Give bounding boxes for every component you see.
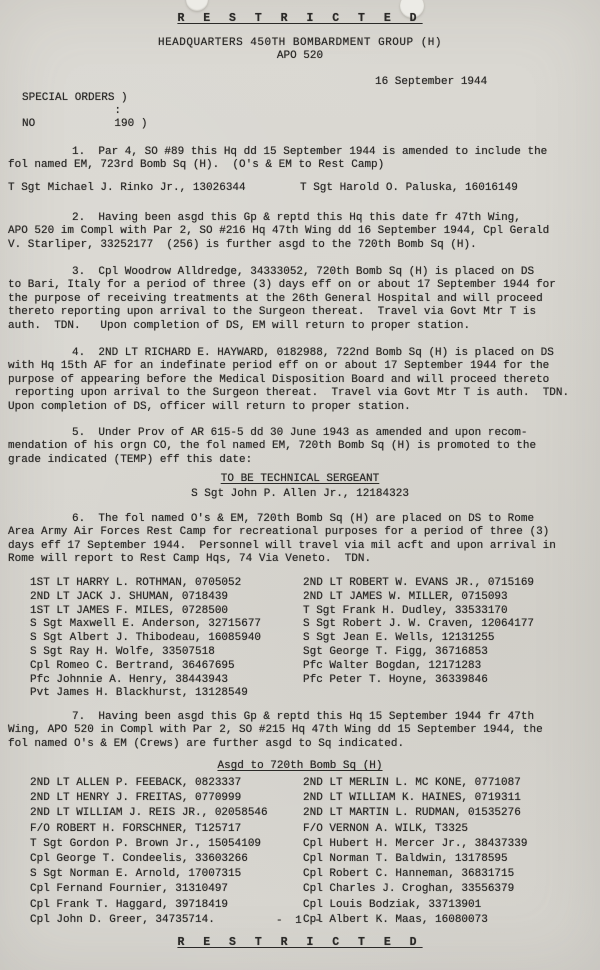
punch-hole [186, 0, 208, 11]
roster-name-left: 1ST LT HARRY L. ROTHMAN, 0705052 [0, 577, 303, 591]
roster-name-left: 2ND LT HENRY J. FREITAS, 0770999 [0, 791, 303, 806]
assignment-roster: 2ND LT ALLEN P. FEEBACK, 0823337 2ND LT … [0, 776, 600, 928]
roster-name-left: S Sgt Norman E. Arnold, 17007315 [0, 867, 303, 882]
roster-row: 2ND LT HENRY J. FREITAS, 0770999 2ND LT … [0, 791, 600, 806]
roster-name-left: S Sgt Maxwell E. Anderson, 32715677 [0, 618, 303, 632]
roster-row: 1ST LT HARRY L. ROTHMAN, 0705052 2ND LT … [0, 577, 600, 591]
roster-name-left: S Sgt Ray H. Wolfe, 33507518 [0, 646, 303, 660]
roster-row: Pfc Johnnie A. Henry, 38443943 Pfc Peter… [0, 674, 600, 688]
roster-name-right: S Sgt Robert J. W. Craven, 12064177 [303, 618, 534, 632]
roster-name-right: Cpl Robert C. Hanneman, 36831715 [303, 867, 514, 882]
roster-name-left: S Sgt Albert J. Thibodeau, 16085940 [0, 632, 303, 646]
roster-name-left: Cpl Fernand Fournier, 31310497 [0, 882, 303, 897]
roster-name-left: 2ND LT WILLIAM J. REIS JR., 02058546 [0, 806, 303, 821]
roster-name-right: 2ND LT WILLIAM K. HAINES, 0719311 [303, 791, 521, 806]
roster-row: Pvt James H. Blackhurst, 13128549 [0, 687, 600, 701]
roster-row: F/O ROBERT H. FORSCHNER, T125717 F/O VER… [0, 822, 600, 837]
paragraph-6: 6. The fol named O's & EM, 720th Bomb Sq… [8, 513, 594, 567]
roster-name-left: Pvt James H. Blackhurst, 13128549 [0, 687, 303, 701]
roster-name-right: Sgt George T. Figg, 36716853 [303, 646, 488, 660]
promoted-soldier: S Sgt John P. Allen Jr., 12184323 [0, 488, 600, 500]
paragraph-1-names: T Sgt Michael J. Rinko Jr., 13026344 T S… [0, 182, 600, 194]
roster-name-left: Cpl Romeo C. Bertrand, 36467695 [0, 660, 303, 674]
roster-name-left: 1ST LT JAMES F. MILES, 0728500 [0, 605, 303, 619]
named-em: T Sgt Michael J. Rinko Jr., 13026344 [0, 182, 300, 194]
roster-row: T Sgt Gordon P. Brown Jr., 15054109 Cpl … [0, 837, 600, 852]
roster-name-left: Pfc Johnnie A. Henry, 38443943 [0, 674, 303, 688]
roster-name-right: Cpl Norman T. Baldwin, 13178595 [303, 852, 508, 867]
page-number: - 1 - [0, 915, 600, 927]
roster-name-right: 2ND LT MARTIN L. RUDMAN, 01535276 [303, 806, 521, 821]
roster-row: Cpl Frank T. Haggard, 39718419 Cpl Louis… [0, 898, 600, 913]
roster-row: Cpl Romeo C. Bertrand, 36467695 Pfc Walt… [0, 660, 600, 674]
roster-name-right: F/O VERNON A. WILK, T3325 [303, 822, 468, 837]
special-orders-block: SPECIAL ORDERS ) : NO 190 ) [22, 92, 147, 130]
roster-name-right: Pfc Walter Bogdan, 12171283 [303, 660, 481, 674]
roster-name-left: T Sgt Gordon P. Brown Jr., 15054109 [0, 837, 303, 852]
headquarters-line: HEADQUARTERS 450TH BOMBARDMENT GROUP (H) [0, 37, 600, 49]
document-date: 16 September 1944 [375, 76, 487, 88]
roster-row: S Sgt Albert J. Thibodeau, 16085940 S Sg… [0, 632, 600, 646]
roster-name-left: Cpl George T. Condeelis, 33603266 [0, 852, 303, 867]
roster-row: S Sgt Norman E. Arnold, 17007315 Cpl Rob… [0, 867, 600, 882]
paragraph-5: 5. Under Prov of AR 615-5 dd 30 June 194… [8, 427, 594, 467]
paragraph-2: 2. Having been asgd this Gp & reptd this… [8, 212, 594, 252]
roster-name-left: F/O ROBERT H. FORSCHNER, T125717 [0, 822, 303, 837]
assignment-heading: Asgd to 720th Bomb Sq (H) [0, 760, 600, 772]
roster-name-right: Cpl Hubert H. Mercer Jr., 38437339 [303, 837, 527, 852]
roster-name-right: Cpl Louis Bodziak, 33713901 [303, 898, 481, 913]
roster-name-left: Cpl Frank T. Haggard, 39718419 [0, 898, 303, 913]
paragraph-1: 1. Par 4, SO #89 this Hq dd 15 September… [8, 146, 594, 173]
roster-name-right: Pfc Peter T. Hoyne, 36339846 [303, 674, 488, 688]
roster-name-right: 2ND LT MERLIN L. MC KONE, 0771087 [303, 776, 521, 791]
rest-camp-roster: 1ST LT HARRY L. ROTHMAN, 0705052 2ND LT … [0, 577, 600, 701]
roster-name-right: 2ND LT ROBERT W. EVANS JR., 0715169 [303, 577, 534, 591]
roster-row: 2ND LT JACK J. SHUMAN, 0718439 2ND LT JA… [0, 591, 600, 605]
roster-name-right: Cpl Charles J. Croghan, 33556379 [303, 882, 514, 897]
paragraph-4: 4. 2ND LT RICHARD E. HAYWARD, 0182988, 7… [8, 347, 594, 414]
apo-line: APO 520 [0, 50, 600, 62]
document-page: { "classification": { "top": "R E S T R … [0, 0, 600, 970]
classification-footer: R E S T R I C T E D [0, 936, 600, 949]
roster-name-left: 2ND LT ALLEN P. FEEBACK, 0823337 [0, 776, 303, 791]
roster-name-right: T Sgt Frank H. Dudley, 33533170 [303, 605, 508, 619]
roster-row: S Sgt Ray H. Wolfe, 33507518 Sgt George … [0, 646, 600, 660]
roster-row: 2ND LT ALLEN P. FEEBACK, 0823337 2ND LT … [0, 776, 600, 791]
roster-row: 1ST LT JAMES F. MILES, 0728500 T Sgt Fra… [0, 605, 600, 619]
roster-name-right: 2ND LT JAMES W. MILLER, 0715093 [303, 591, 508, 605]
roster-row: Cpl Fernand Fournier, 31310497 Cpl Charl… [0, 882, 600, 897]
roster-row: 2ND LT WILLIAM J. REIS JR., 02058546 2ND… [0, 806, 600, 821]
roster-name-left: 2ND LT JACK J. SHUMAN, 0718439 [0, 591, 303, 605]
paragraph-7: 7. Having been asgd this Gp & reptd this… [8, 711, 594, 751]
roster-name-right: S Sgt Jean E. Wells, 12131255 [303, 632, 494, 646]
named-em: T Sgt Harold O. Paluska, 16016149 [300, 182, 518, 194]
paragraph-3: 3. Cpl Woodrow Alldredge, 34333052, 720t… [8, 266, 594, 333]
roster-row: S Sgt Maxwell E. Anderson, 32715677 S Sg… [0, 618, 600, 632]
classification-header: R E S T R I C T E D [0, 12, 600, 25]
promotion-heading: TO BE TECHNICAL SERGEANT [0, 473, 600, 485]
roster-row: Cpl George T. Condeelis, 33603266 Cpl No… [0, 852, 600, 867]
